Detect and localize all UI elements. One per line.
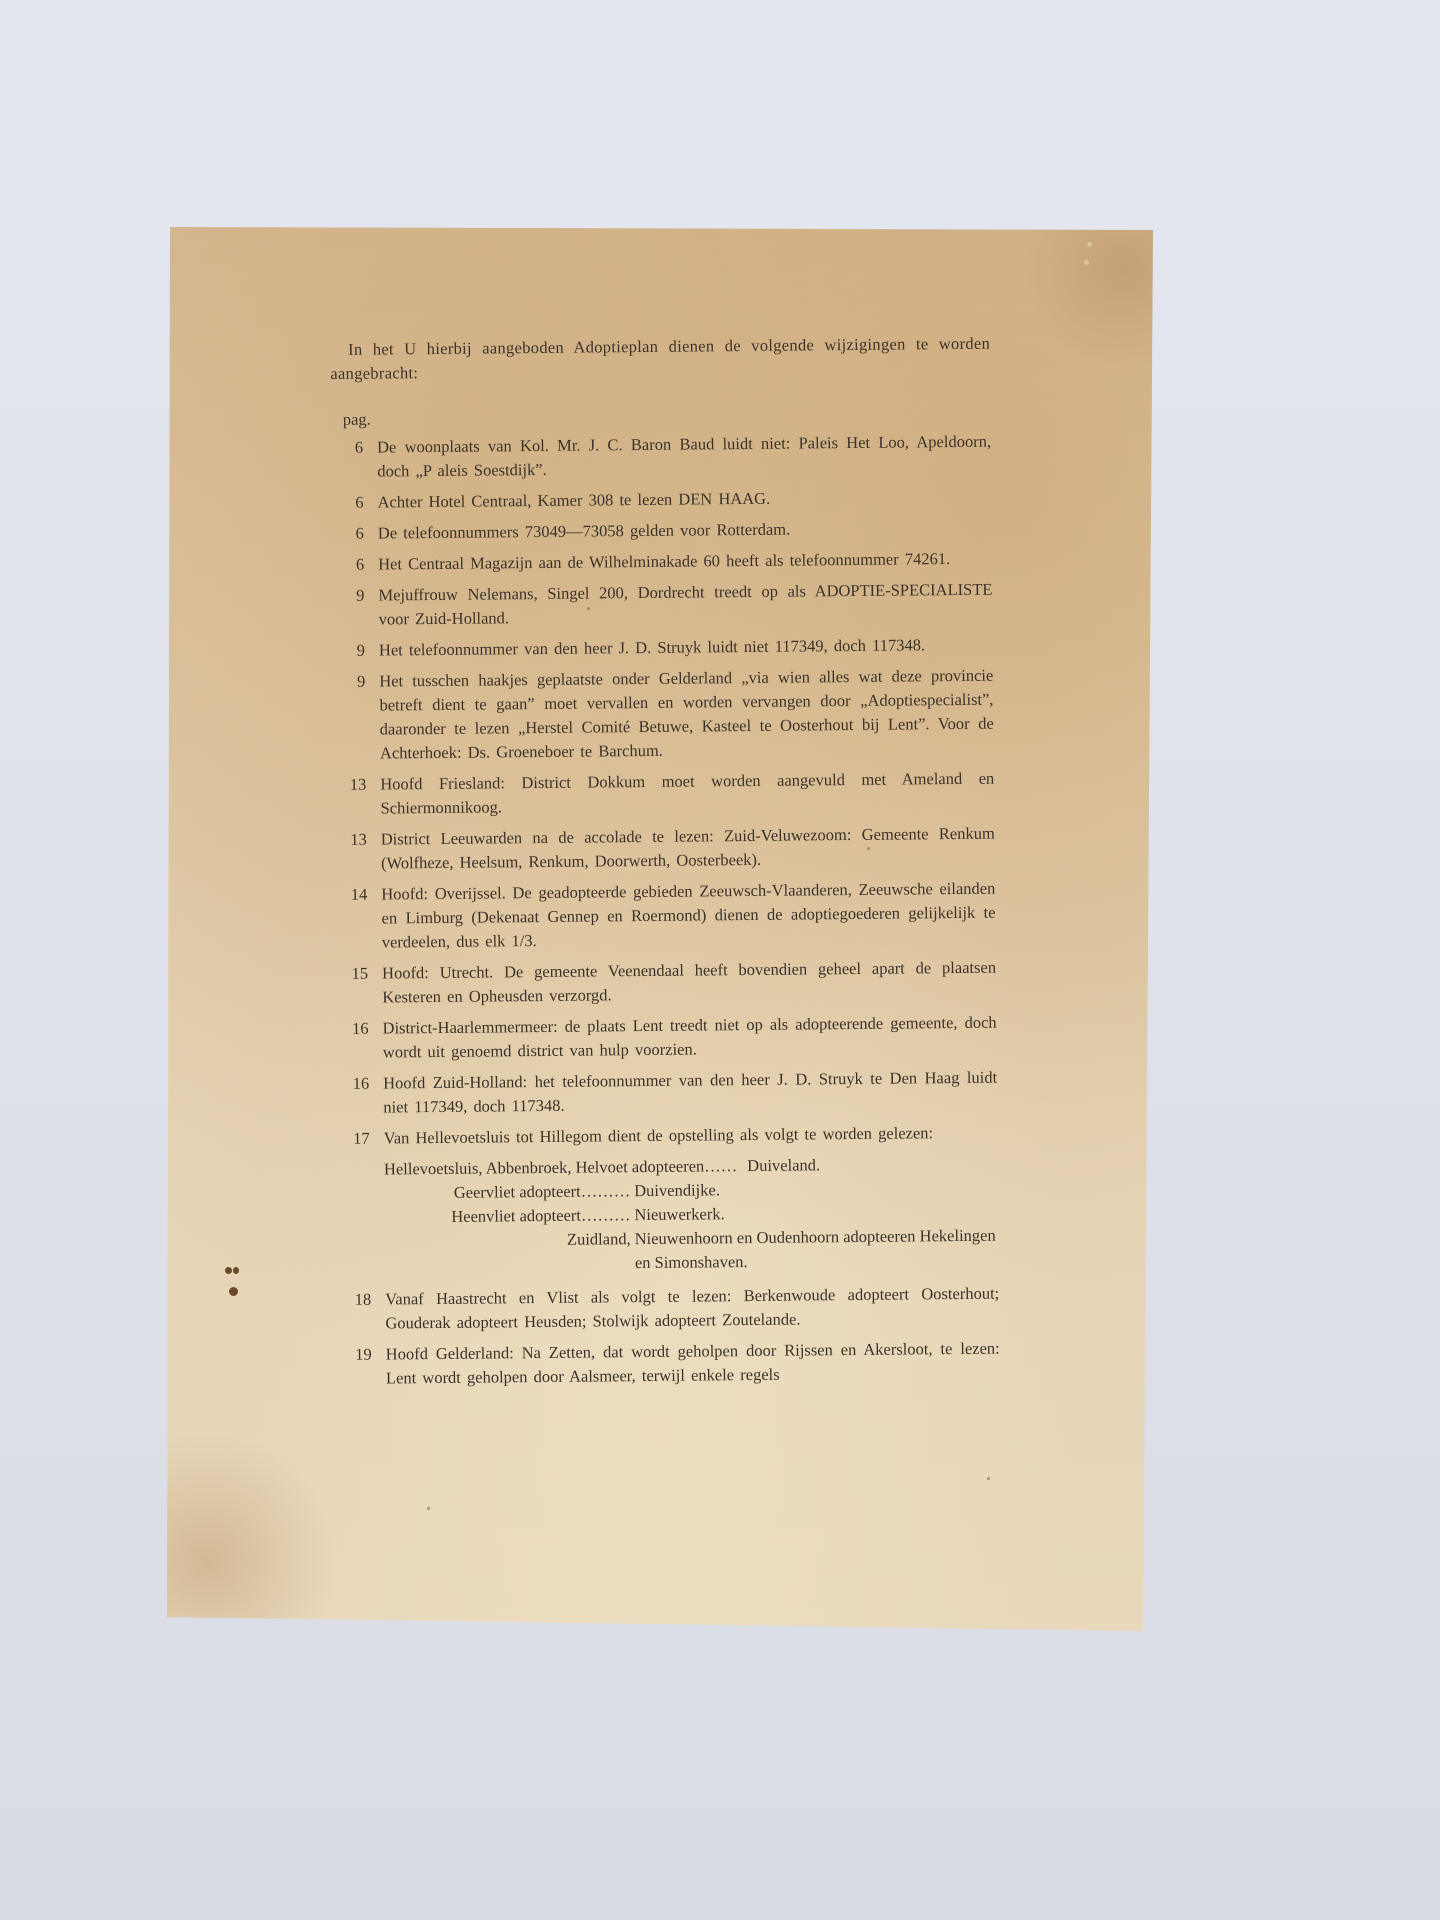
page-number: 18 xyxy=(339,1288,385,1336)
adopted-place: Nieuwenhoorn en Oudenhoorn adopteeren He… xyxy=(635,1224,999,1275)
correction-text: Mejuffrouw Nelemans, Singel 200, Dordrec… xyxy=(378,578,992,632)
page-number: 14 xyxy=(335,883,382,955)
correction-entry: 6De telefoonnummers 73049—73058 gelden v… xyxy=(332,516,992,546)
adopting-places: Heenvliet adopteert……… xyxy=(384,1203,634,1229)
correction-text: Het tusschen haakjes geplaatste onder Ge… xyxy=(379,664,994,766)
adopting-places: Geervliet adopteert……… xyxy=(384,1179,634,1205)
ink-spot xyxy=(225,1267,232,1274)
correction-text: Het telefoonnummer van den heer J. D. St… xyxy=(379,633,993,663)
photo-background: In het U hierbij aangeboden Adoptieplan … xyxy=(0,0,1440,1920)
correction-entry: 14Hoofd: Overijssel. De geadopteerde geb… xyxy=(335,877,996,955)
correction-text: Hoofd Friesland: District Dokkum moet wo… xyxy=(380,767,994,821)
speck xyxy=(1087,242,1092,247)
page-column-label: pag. xyxy=(343,402,991,432)
speck xyxy=(1084,260,1089,265)
correction-entry: 19Hoofd Gelderland: Na Zetten, dat wordt… xyxy=(340,1337,1000,1391)
correction-text: De woonplaats van Kol. Mr. J. C. Baron B… xyxy=(377,430,991,484)
correction-text: Van Hellevoetsluis tot Hillegom dient de… xyxy=(384,1121,998,1151)
page-number: 6 xyxy=(331,436,377,484)
speck xyxy=(987,1477,990,1480)
correction-text: Achter Hotel Centraal, Kamer 308 te leze… xyxy=(377,485,991,515)
page-number: 17 xyxy=(338,1127,384,1151)
page-number: 16 xyxy=(337,1072,383,1120)
correction-entry: 6Het Centraal Magazijn aan de Wilhelmina… xyxy=(332,547,992,577)
corrections-list: 6De woonplaats van Kol. Mr. J. C. Baron … xyxy=(331,430,998,1151)
document-body: In het U hierbij aangeboden Adoptieplan … xyxy=(330,332,1000,1398)
page-number: 9 xyxy=(333,639,379,663)
correction-entry: 15Hoofd: Utrecht. De gemeente Veenendaal… xyxy=(336,956,996,1010)
correction-entry: 16District-Haarlemmermeer: de plaats Len… xyxy=(337,1011,997,1065)
correction-entry: 18Vanaf Haastrecht en Vlist als volgt te… xyxy=(339,1282,999,1336)
correction-entry: 9Het telefoonnummer van den heer J. D. S… xyxy=(333,633,993,663)
correction-entry: 9Mejuffrouw Nelemans, Singel 200, Dordre… xyxy=(332,578,992,632)
correction-text: Vanaf Haastrecht en Vlist als volgt te l… xyxy=(385,1282,999,1336)
ink-spot xyxy=(229,1287,238,1296)
correction-entry: 17Van Hellevoetsluis tot Hillegom dient … xyxy=(338,1121,998,1151)
adopted-place: Nieuwerkerk. xyxy=(634,1200,998,1227)
page-number: 16 xyxy=(337,1017,383,1065)
page-number: 15 xyxy=(336,962,382,1010)
correction-text: Het Centraal Magazijn aan de Wilhelminak… xyxy=(378,547,992,577)
correction-entry: 13District Leeuwarden na de accolade te … xyxy=(335,822,995,876)
correction-text: Hoofd: Utrecht. De gemeente Veenendaal h… xyxy=(382,956,996,1010)
page-number: 6 xyxy=(331,491,377,515)
opstelling-table: Hellevoetsluis, Abbenbroek, Helvoet adop… xyxy=(384,1152,999,1278)
page-number: 13 xyxy=(335,828,381,876)
corrections-list-continued: 18Vanaf Haastrecht en Vlist als volgt te… xyxy=(339,1282,1000,1391)
page-number: 6 xyxy=(332,522,378,546)
page-number: 13 xyxy=(334,773,380,821)
adopting-places: Zuidland, xyxy=(385,1227,635,1277)
adopted-place: Duivendijke. xyxy=(634,1176,998,1203)
correction-text: District-Haarlemmermeer: de plaats Lent … xyxy=(383,1011,997,1065)
intro-paragraph: In het U hierbij aangeboden Adoptieplan … xyxy=(330,332,990,386)
correction-text: Hoofd: Overijssel. De geadopteerde gebie… xyxy=(381,877,996,955)
ink-spot xyxy=(233,1267,239,1274)
opstelling-row: Zuidland, Nieuwenhoorn en Oudenhoorn ado… xyxy=(385,1224,999,1278)
correction-entry: 6Achter Hotel Centraal, Kamer 308 te lez… xyxy=(331,485,991,515)
page-number: 19 xyxy=(340,1343,386,1391)
correction-entry: 6De woonplaats van Kol. Mr. J. C. Baron … xyxy=(331,430,991,484)
adopting-places: Hellevoetsluis, Abbenbroek, Helvoet adop… xyxy=(384,1154,741,1181)
correction-entry: 16Hoofd Zuid-Holland: het telefoonnummer… xyxy=(337,1066,997,1120)
adopted-place: Duiveland. xyxy=(747,1153,820,1178)
correction-entry: 13Hoofd Friesland: District Dokkum moet … xyxy=(334,767,994,821)
correction-text: Hoofd Gelderland: Na Zetten, dat wordt g… xyxy=(386,1337,1000,1391)
correction-text: De telefoonnummers 73049—73058 gelden vo… xyxy=(378,516,992,546)
correction-text: Hoofd Zuid-Holland: het telefoonnummer v… xyxy=(383,1066,997,1120)
speck xyxy=(427,1507,430,1510)
correction-text: District Leeuwarden na de accolade te le… xyxy=(381,822,995,876)
correction-entry: 9Het tusschen haakjes geplaatste onder G… xyxy=(333,664,994,766)
page-number: 9 xyxy=(332,584,378,632)
page-number: 6 xyxy=(332,553,378,577)
page-number: 9 xyxy=(333,670,380,766)
